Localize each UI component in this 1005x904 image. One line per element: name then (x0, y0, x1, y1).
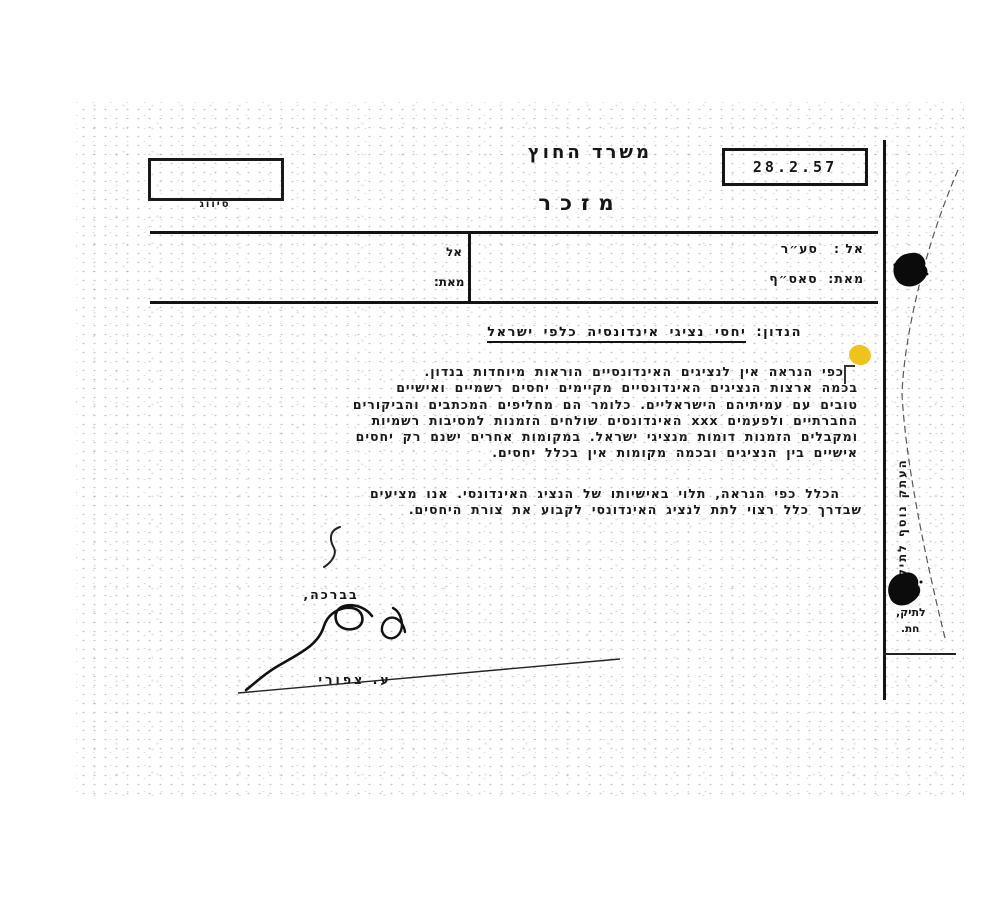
memo-type-title: מזכר (508, 191, 653, 215)
body-text-line: הכלל כפי הנראה, תלוי באישיותו של הנציג ה… (130, 486, 862, 502)
margin-file-note: לתיק, (896, 606, 926, 619)
date-value: 28.2.57 (753, 158, 837, 176)
ink-stamp-top (891, 250, 931, 290)
margin-initials-note: חת. (901, 623, 919, 635)
subject-text: יחסי נציגי אינדונסיה כלפי ישראל (487, 325, 746, 343)
body-text-line: ומקבלים הזמנות דומות מנציגי ישראל. במקומ… (125, 429, 858, 445)
ministry-title: משרד החוץ (500, 142, 680, 163)
classification-box (148, 158, 284, 201)
subject-label: הנדון: (756, 325, 802, 340)
body-paragraph-1: כפי הנראה אין לנציגים האינדונסיים הוראות… (125, 364, 858, 462)
body-text-line: בכמה ארצות הנציגים האינדונסיים מקיימים י… (125, 380, 858, 396)
address-table: אל מאת: אל : סע״ר מאת: סאס״ף (150, 231, 878, 304)
to-label-left: אל (446, 245, 462, 259)
to-line: אל : סע״ר (781, 241, 864, 256)
subject-line: הנדון: יחסי נציגי אינדונסיה כלפי ישראל (250, 325, 802, 340)
date-box: 28.2.57 (722, 148, 868, 186)
body-text-line: טובים עם עמיתיהם הישראליים. כלומר הם מחל… (125, 397, 858, 413)
from-label-left: מאת: (434, 275, 464, 289)
from-line: מאת: סאס״ף (769, 271, 864, 286)
scanned-memo-document: סיווג משרד החוץ מזכר 28.2.57 אל מאת: אל … (0, 0, 1005, 904)
body-text-line: החברתיים ולפעמים xxx האינדונסים שולחים ה… (125, 413, 858, 429)
handwritten-hook-mark (320, 524, 346, 570)
classification-label: סיווג (186, 199, 244, 210)
address-table-divider (468, 234, 471, 301)
body-text-line: אישיים בין הנציגים ובכמה מקומות אין בכלל… (125, 445, 858, 461)
body-text-line: שבדרך כלל רצוי לתת לנציג האינדונסי לקבוע… (130, 502, 862, 518)
margin-bottom-line (883, 653, 956, 655)
ink-stamp-bottom (886, 570, 924, 610)
body-text-line: כפי הנראה אין לנציגים האינדונסיים הוראות… (125, 364, 858, 380)
signer-name: ע. צפורי (292, 672, 418, 687)
body-paragraph-2: הכלל כפי הנראה, תלוי באישיותו של הנציג ה… (130, 486, 862, 519)
